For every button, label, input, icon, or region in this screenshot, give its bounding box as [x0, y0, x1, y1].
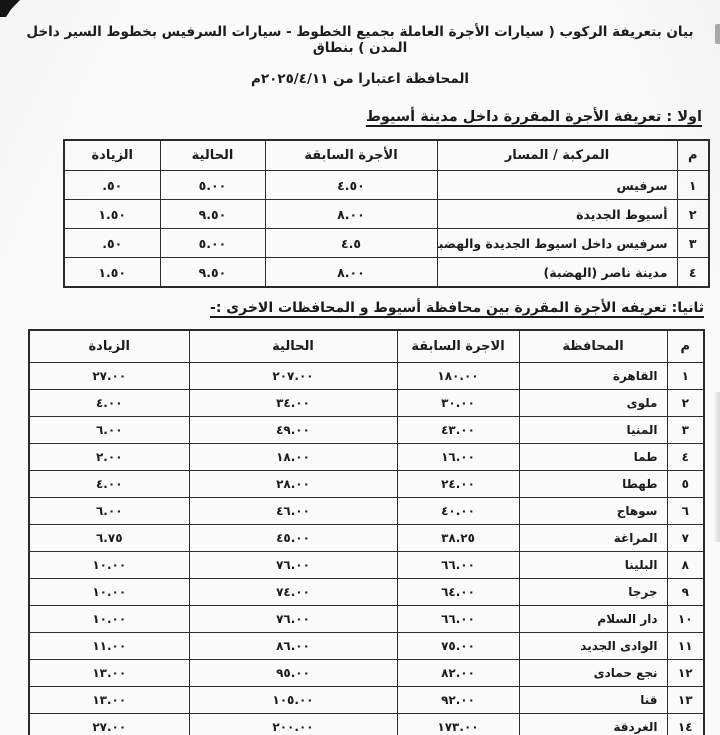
increase-cell: ٢٧.٠٠ — [29, 363, 189, 390]
table-row: ٦سوهاج٤٠.٠٠٤٦.٠٠٦.٠٠ — [29, 498, 704, 525]
increase-cell: ١٠.٠٠ — [29, 579, 189, 606]
governorate-name-cell: المراغة — [519, 525, 667, 552]
city-fares-table-header: م المركبة / المسار الأجرة السابقة الحالي… — [64, 140, 709, 171]
increase-cell: ١٣.٠٠ — [29, 687, 189, 714]
previous-fare-cell: ١٨٠.٠٠ — [397, 363, 519, 390]
previous-fare-cell: ٣٠.٠٠ — [397, 390, 519, 417]
increase-cell: ٦.٠٠ — [29, 498, 189, 525]
current-fare-cell: ٣٤.٠٠ — [189, 390, 397, 417]
table-header-row: م المحافظة الاجرة السابقة الحالية الزياد… — [29, 330, 704, 363]
current-fare-cell: ٩.٥٠ — [160, 200, 265, 229]
row-number-cell: ٢ — [667, 390, 704, 417]
increase-cell: ٢.٠٠ — [29, 444, 189, 471]
route-name-cell: أسيوط الجديدة — [437, 200, 677, 229]
table-row: ٢أسيوط الجديدة٨.٠٠٩.٥٠١.٥٠ — [64, 200, 709, 229]
previous-fare-cell: ٧٥.٠٠ — [397, 633, 519, 660]
governorate-name-cell: البلينا — [519, 552, 667, 579]
previous-fare-cell: ٤.٥ — [265, 229, 437, 258]
row-number-cell: ٤ — [677, 258, 709, 288]
table-row: ١القاهرة١٨٠.٠٠٢٠٧.٠٠٢٧.٠٠ — [29, 363, 704, 390]
table-row: ٢ملوى٣٠.٠٠٣٤.٠٠٤.٠٠ — [29, 390, 704, 417]
current-fare-cell: ٩٥.٠٠ — [189, 660, 397, 687]
increase-cell: ٤.٠٠ — [29, 471, 189, 498]
header-governorate: المحافظة — [519, 330, 667, 363]
intergovernorate-table-header: م المحافظة الاجرة السابقة الحالية الزياد… — [29, 330, 704, 363]
previous-fare-cell: ٦٦.٠٠ — [397, 552, 519, 579]
table-row: ٥طهطا٢٤.٠٠٢٨.٠٠٤.٠٠ — [29, 471, 704, 498]
increase-cell: ٦.٠٠ — [29, 417, 189, 444]
header-current-fare: الحالية — [189, 330, 397, 363]
governorate-name-cell: نجع حمادى — [519, 660, 667, 687]
increase-cell: ٦.٧٥ — [29, 525, 189, 552]
governorate-name-cell: الوادى الجديد — [519, 633, 667, 660]
table-row: ٨البلينا٦٦.٠٠٧٦.٠٠١٠.٠٠ — [29, 552, 704, 579]
governorate-name-cell: طما — [519, 444, 667, 471]
row-number-cell: ٥ — [667, 471, 704, 498]
current-fare-cell: ٧٦.٠٠ — [189, 552, 397, 579]
scan-edge-mark — [715, 24, 720, 44]
previous-fare-cell: ٩٢.٠٠ — [397, 687, 519, 714]
table-row: ٤مدينة ناصر (الهضبة)٨.٠٠٩.٥٠١.٥٠ — [64, 258, 709, 288]
governorate-name-cell: القاهرة — [519, 363, 667, 390]
previous-fare-cell: ٨٢.٠٠ — [397, 660, 519, 687]
current-fare-cell: ٧٦.٠٠ — [189, 606, 397, 633]
row-number-cell: ٢ — [677, 200, 709, 229]
header-current-fare: الحالية — [160, 140, 265, 171]
table-row: ٤طما١٦.٠٠١٨.٠٠٢.٠٠ — [29, 444, 704, 471]
increase-cell: ١١.٠٠ — [29, 633, 189, 660]
current-fare-cell: ١٨.٠٠ — [189, 444, 397, 471]
previous-fare-cell: ٢٤.٠٠ — [397, 471, 519, 498]
previous-fare-cell: ٤٣.٠٠ — [397, 417, 519, 444]
current-fare-cell: ٢٨.٠٠ — [189, 471, 397, 498]
row-number-cell: ١ — [677, 171, 709, 200]
previous-fare-cell: ٤.٥٠ — [265, 171, 437, 200]
row-number-cell: ٣ — [667, 417, 704, 444]
section1-heading: اولا : تعريفة الأجرة المقررة داخل مدينة … — [0, 109, 702, 125]
current-fare-cell: ٥.٠٠ — [160, 229, 265, 258]
header-increase: الزيادة — [29, 330, 189, 363]
governorate-name-cell: جرجا — [519, 579, 667, 606]
previous-fare-cell: ١٦.٠٠ — [397, 444, 519, 471]
current-fare-cell: ٥.٠٠ — [160, 171, 265, 200]
table-row: ١٢نجع حمادى٨٢.٠٠٩٥.٠٠١٣.٠٠ — [29, 660, 704, 687]
document-title-line2: المحافظة اعتبارا من ٢٠٢٥/٤/١١م — [0, 71, 720, 87]
increase-cell: ١.٥٠ — [64, 200, 160, 229]
governorate-name-cell: طهطا — [519, 471, 667, 498]
row-number-cell: ١٣ — [667, 687, 704, 714]
table-row: ٣سرفيس داخل اسيوط الجديدة والهضبة٤.٥٥.٠٠… — [64, 229, 709, 258]
previous-fare-cell: ٤٠.٠٠ — [397, 498, 519, 525]
table-row: ٧المراغة٣٨.٢٥٤٥.٠٠٦.٧٥ — [29, 525, 704, 552]
document-title-line1: بيان بتعريفة الركوب ( سيارات الأجرة العا… — [14, 24, 706, 56]
table-row: ٣المنيا٤٣.٠٠٤٩.٠٠٦.٠٠ — [29, 417, 704, 444]
increase-cell: .٥٠ — [64, 229, 160, 258]
governorate-name-cell: ملوى — [519, 390, 667, 417]
row-number-cell: ١ — [667, 363, 704, 390]
route-name-cell: سرفيس داخل اسيوط الجديدة والهضبة — [437, 229, 677, 258]
row-number-cell: ٤ — [667, 444, 704, 471]
previous-fare-cell: ١٧٣.٠٠ — [397, 714, 519, 735]
current-fare-cell: ٧٤.٠٠ — [189, 579, 397, 606]
scan-edge-smudge — [713, 392, 720, 542]
governorate-name-cell: الغردقة — [519, 714, 667, 735]
governorate-name-cell: سوهاج — [519, 498, 667, 525]
header-row-number: م — [677, 140, 709, 171]
route-name-cell: سرفيس — [437, 171, 677, 200]
section2-heading: ثانيا: تعريفه الأجرة المقررة بين محافظة … — [0, 300, 704, 316]
row-number-cell: ٨ — [667, 552, 704, 579]
header-vehicle-route: المركبة / المسار — [437, 140, 677, 171]
row-number-cell: ٣ — [677, 229, 709, 258]
governorate-name-cell: قنا — [519, 687, 667, 714]
current-fare-cell: ١٠٥.٠٠ — [189, 687, 397, 714]
increase-cell: ١٠.٠٠ — [29, 606, 189, 633]
scan-corner-smudge — [0, 0, 20, 17]
table-row: ١٣قنا٩٢.٠٠١٠٥.٠٠١٣.٠٠ — [29, 687, 704, 714]
governorate-name-cell: المنيا — [519, 417, 667, 444]
row-number-cell: ١٢ — [667, 660, 704, 687]
row-number-cell: ١١ — [667, 633, 704, 660]
row-number-cell: ٩ — [667, 579, 704, 606]
increase-cell: .٥٠ — [64, 171, 160, 200]
current-fare-cell: ٩.٥٠ — [160, 258, 265, 288]
increase-cell: ٤.٠٠ — [29, 390, 189, 417]
header-previous-fare: الاجرة السابقة — [397, 330, 519, 363]
table-row: ١١الوادى الجديد٧٥.٠٠٨٦.٠٠١١.٠٠ — [29, 633, 704, 660]
table-row: ١سرفيس٤.٥٠٥.٠٠.٥٠ — [64, 171, 709, 200]
current-fare-cell: ٤٦.٠٠ — [189, 498, 397, 525]
row-number-cell: ٦ — [667, 498, 704, 525]
row-number-cell: ٧ — [667, 525, 704, 552]
previous-fare-cell: ٨.٠٠ — [265, 200, 437, 229]
intergovernorate-fares-table: م المحافظة الاجرة السابقة الحالية الزياد… — [28, 329, 705, 735]
previous-fare-cell: ٦٤.٠٠ — [397, 579, 519, 606]
previous-fare-cell: ٣٨.٢٥ — [397, 525, 519, 552]
current-fare-cell: ٤٩.٠٠ — [189, 417, 397, 444]
header-increase: الزيادة — [64, 140, 160, 171]
city-fares-table: م المركبة / المسار الأجرة السابقة الحالي… — [63, 139, 710, 288]
governorate-name-cell: دار السلام — [519, 606, 667, 633]
table-header-row: م المركبة / المسار الأجرة السابقة الحالي… — [64, 140, 709, 171]
current-fare-cell: ٢٠٧.٠٠ — [189, 363, 397, 390]
current-fare-cell: ٢٠٠.٠٠ — [189, 714, 397, 735]
table-row: ١٤الغردقة١٧٣.٠٠٢٠٠.٠٠٢٧.٠٠ — [29, 714, 704, 735]
table-row: ٩جرجا٦٤.٠٠٧٤.٠٠١٠.٠٠ — [29, 579, 704, 606]
increase-cell: ٢٧.٠٠ — [29, 714, 189, 735]
header-previous-fare: الأجرة السابقة — [265, 140, 437, 171]
table-row: ١٠دار السلام٦٦.٠٠٧٦.٠٠١٠.٠٠ — [29, 606, 704, 633]
row-number-cell: ١٠ — [667, 606, 704, 633]
increase-cell: ١.٥٠ — [64, 258, 160, 288]
previous-fare-cell: ٨.٠٠ — [265, 258, 437, 288]
previous-fare-cell: ٦٦.٠٠ — [397, 606, 519, 633]
current-fare-cell: ٤٥.٠٠ — [189, 525, 397, 552]
increase-cell: ١٠.٠٠ — [29, 552, 189, 579]
header-row-number: م — [667, 330, 704, 363]
increase-cell: ١٣.٠٠ — [29, 660, 189, 687]
current-fare-cell: ٨٦.٠٠ — [189, 633, 397, 660]
route-name-cell: مدينة ناصر (الهضبة) — [437, 258, 677, 288]
row-number-cell: ١٤ — [667, 714, 704, 735]
